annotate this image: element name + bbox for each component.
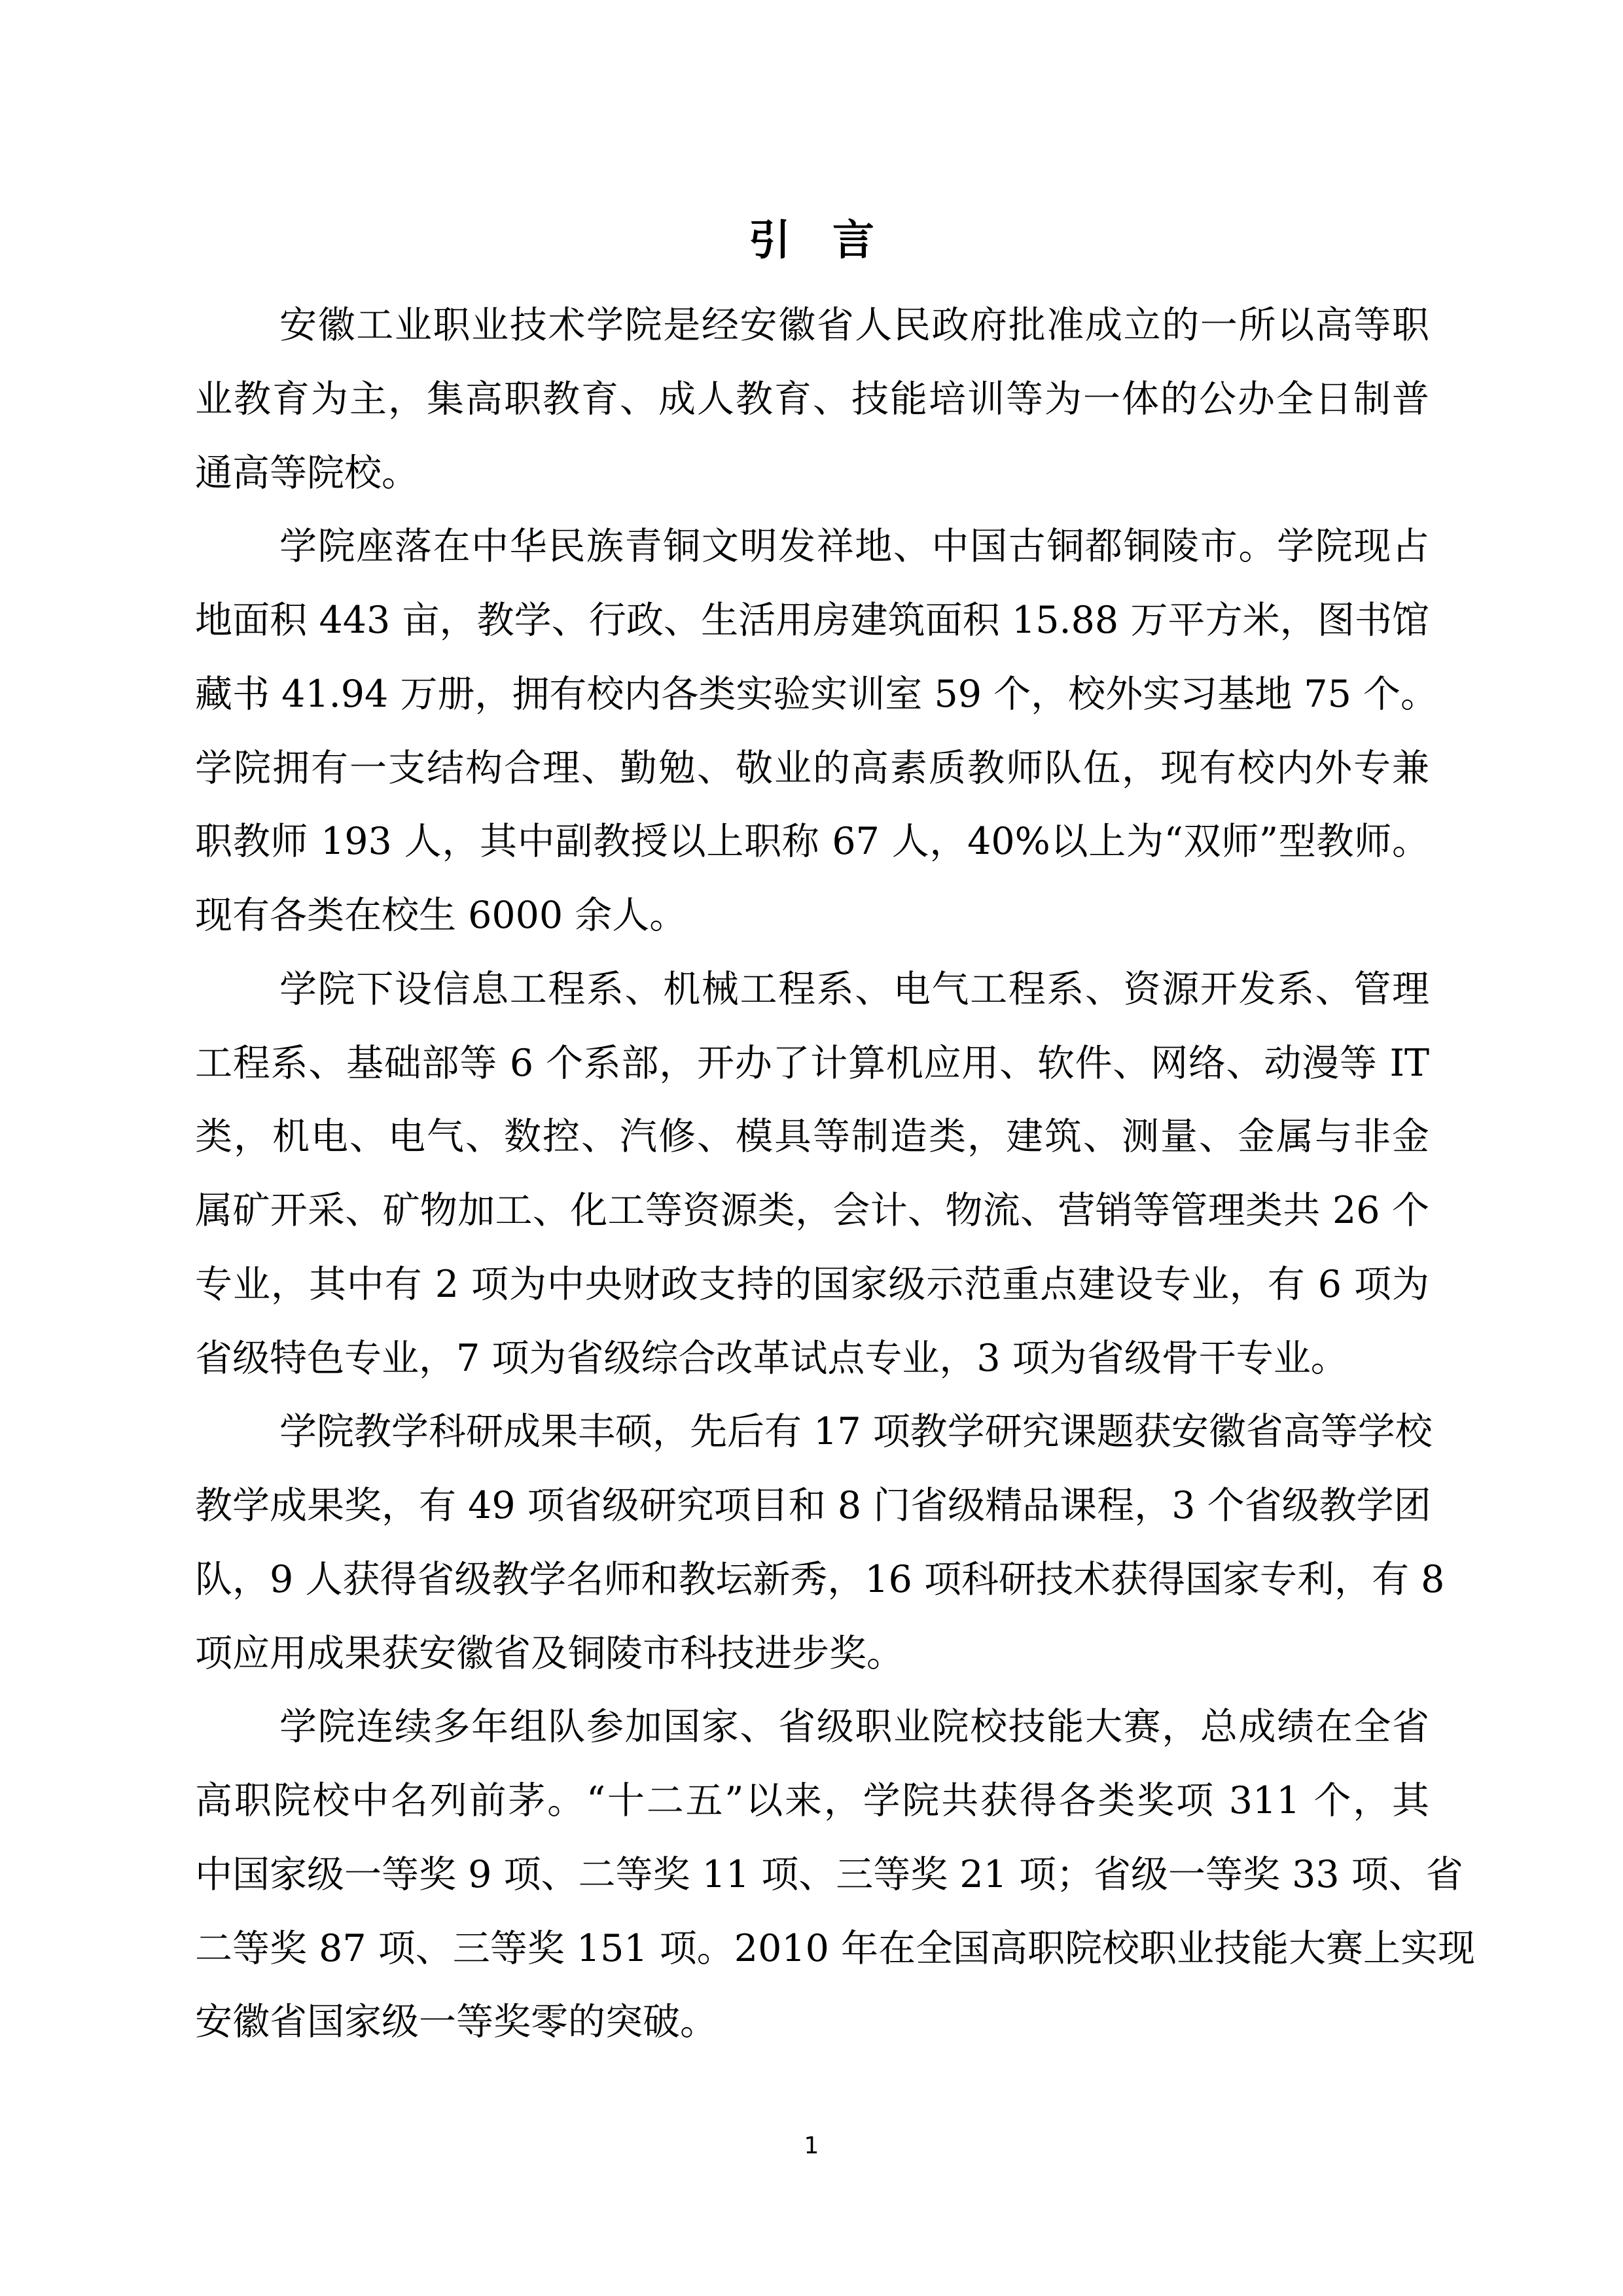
body-text: 安徽工业职业技术学院是经安徽省人民政府批准成立的一所以高等职 业教育为主，集高职… (195, 289, 1429, 2059)
title-char-1: 引 (749, 208, 791, 274)
paragraph-2: 学院座落在中华民族青铜文明发祥地、中国古铜都铜陵市。学院现占 地面积 443 亩… (195, 510, 1429, 953)
paragraph-5: 学院连续多年组队参加国家、省级职业院校技能大赛，总成绩在全省 高职院校中名列前茅… (195, 1690, 1429, 2059)
title-char-2: 言 (832, 208, 874, 274)
text-line: 通高等院校。 (195, 436, 1429, 510)
paragraph-3: 学院下设信息工程系、机械工程系、电气工程系、资源开发系、管理 工程系、基础部等 … (195, 953, 1429, 1396)
text-line: 职教师 193 人，其中副教授以上职称 67 人，40%以上为“双师”型教师。 (195, 805, 1429, 879)
text-line: 学院拥有一支结构合理、勤勉、敬业的高素质教师队伍，现有校内外专兼 (195, 732, 1429, 805)
text-line: 学院教学科研成果丰硕，先后有 17 项教学研究课题获安徽省高等学校 (195, 1395, 1429, 1469)
text-line: 学院座落在中华民族青铜文明发祥地、中国古铜都铜陵市。学院现占 (195, 510, 1429, 584)
document-page: 引言 安徽工业职业技术学院是经安徽省人民政府批准成立的一所以高等职 业教育为主，… (0, 0, 1623, 2296)
text-line: 工程系、基础部等 6 个系部，开办了计算机应用、软件、网络、动漫等 IT (195, 1027, 1429, 1101)
text-line: 学院下设信息工程系、机械工程系、电气工程系、资源开发系、管理 (195, 953, 1429, 1027)
text-line: 类，机电、电气、数控、汽修、模具等制造类，建筑、测量、金属与非金 (195, 1100, 1429, 1174)
text-line: 专业，其中有 2 项为中央财政支持的国家级示范重点建设专业，有 6 项为 (195, 1248, 1429, 1322)
text-line: 业教育为主，集高职教育、成人教育、技能培训等为一体的公办全日制普 (195, 362, 1429, 436)
text-line: 项应用成果获安徽省及铜陵市科技进步奖。 (195, 1617, 1429, 1691)
text-line: 省级特色专业，7 项为省级综合改革试点专业，3 项为省级骨干专业。 (195, 1322, 1429, 1396)
text-line: 教学成果奖，有 49 项省级研究项目和 8 门省级精品课程，3 个省级教学团 (195, 1469, 1429, 1543)
text-line: 中国家级一等奖 9 项、二等奖 11 项、三等奖 21 项；省级一等奖 33 项… (195, 1838, 1429, 1912)
text-line: 高职院校中名列前茅。“十二五”以来，学院共获得各类奖项 311 个，其 (195, 1764, 1429, 1838)
text-line: 二等奖 87 项、三等奖 151 项。2010 年在全国高职院校职业技能大赛上实… (195, 1912, 1429, 1986)
text-line: 现有各类在校生 6000 余人。 (195, 879, 1429, 953)
text-line: 地面积 443 亩，教学、行政、生活用房建筑面积 15.88 万平方米，图书馆 (195, 584, 1429, 658)
text-line: 安徽工业职业技术学院是经安徽省人民政府批准成立的一所以高等职 (195, 289, 1429, 362)
page-number: 1 (0, 2132, 1623, 2161)
text-line: 属矿开采、矿物加工、化工等资源类，会计、物流、营销等管理类共 26 个 (195, 1174, 1429, 1248)
text-line: 藏书 41.94 万册，拥有校内各类实验实训室 59 个，校外实习基地 75 个… (195, 658, 1429, 732)
paragraph-1: 安徽工业职业技术学院是经安徽省人民政府批准成立的一所以高等职 业教育为主，集高职… (195, 289, 1429, 510)
text-line: 队，9 人获得省级教学名师和教坛新秀，16 项科研技术获得国家专利，有 8 (195, 1543, 1429, 1617)
text-line: 安徽省国家级一等奖零的突破。 (195, 1985, 1429, 2059)
text-line: 学院连续多年组队参加国家、省级职业院校技能大赛，总成绩在全省 (195, 1690, 1429, 1764)
paragraph-4: 学院教学科研成果丰硕，先后有 17 项教学研究课题获安徽省高等学校 教学成果奖，… (195, 1395, 1429, 1690)
page-title: 引言 (0, 208, 1623, 274)
